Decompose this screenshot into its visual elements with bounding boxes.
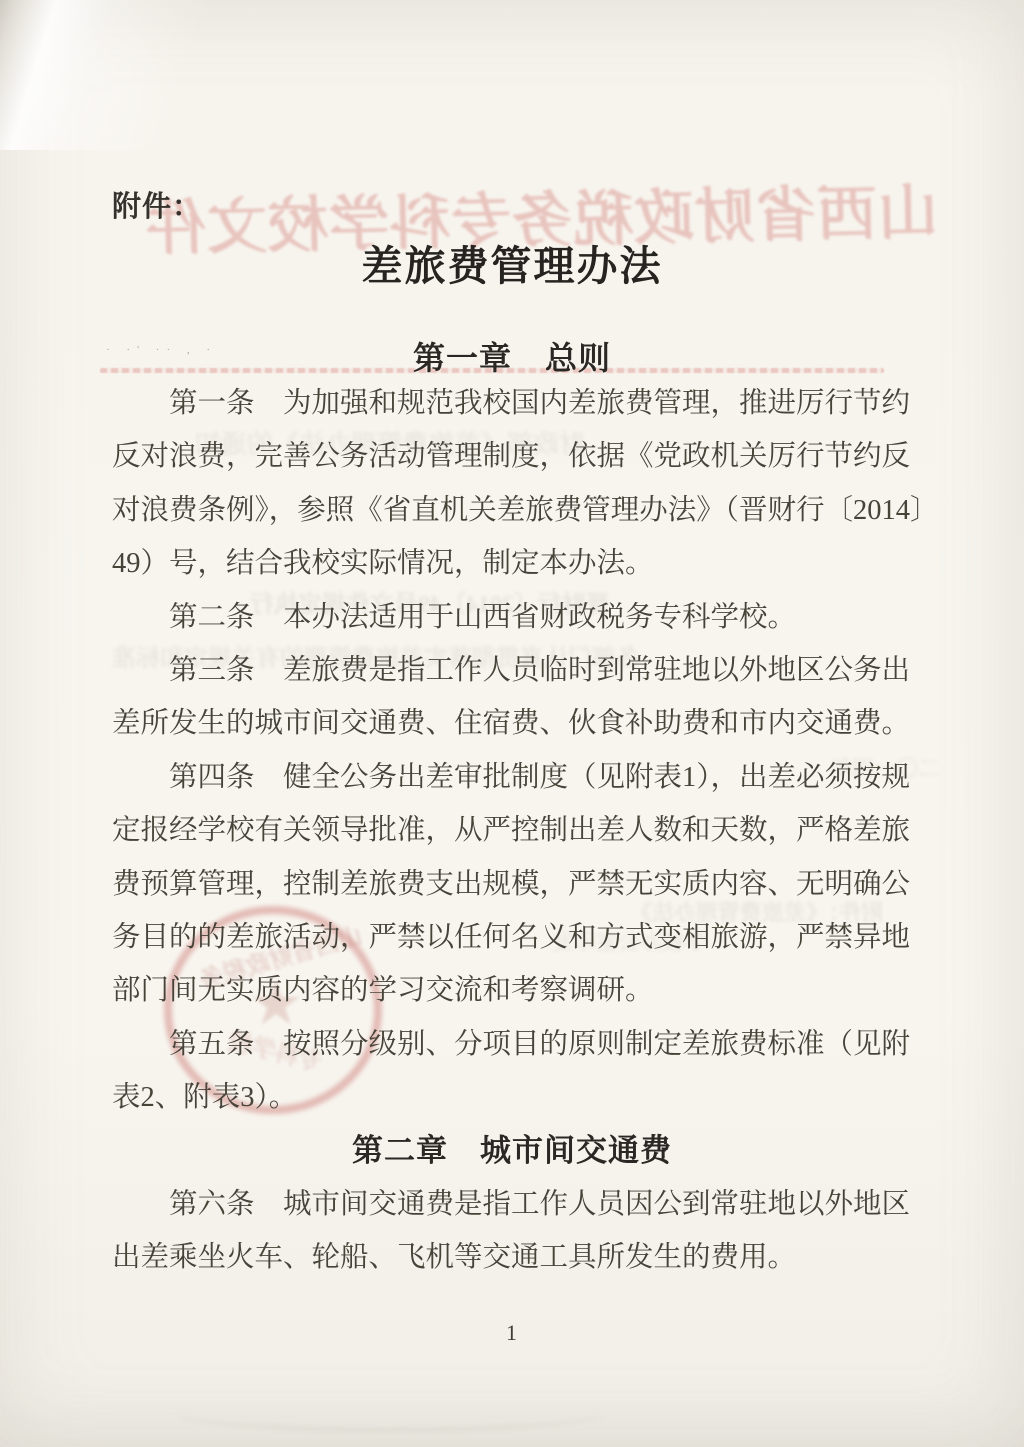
body-line: 务目的的差旅活动，严禁以任何名义和方式变相旅游，严禁异地 <box>112 911 912 964</box>
body-line: 第五条 按照分级别、分项目的原则制定差旅费标准（见附 <box>112 1018 912 1071</box>
body-line: 第二章 城市间交通费 <box>112 1124 912 1177</box>
body-line: 部门间无实质内容的学习交流和考察调研。 <box>112 964 912 1017</box>
body-line: 第四条 健全公务出差审批制度（见附表1），出差必须按规 <box>112 751 912 804</box>
pencil-marks: · ·' ·· , · <box>106 344 286 356</box>
body-line: 反对浪费，完善公务活动管理制度，依据《党政机关厉行节约反 <box>112 430 912 483</box>
body-line: 差所发生的城市间交通费、住宿费、伙食补助费和市内交通费。 <box>112 697 912 750</box>
body-line: 第二条 本办法适用于山西省财政税务专科学校。 <box>112 591 912 644</box>
chapter-1-heading: 第一章 总则 <box>0 333 1024 379</box>
body-line: 第六条 城市间交通费是指工作人员因公到常驻地以外地区 <box>112 1178 912 1231</box>
body-line: 对浪费条例》，参照《省直机关差旅费管理办法》（晋财行〔2014〕 <box>112 484 912 537</box>
attachment-label: 附件： <box>112 184 202 225</box>
body-line: 第三条 差旅费是指工作人员临时到常驻地以外地区公务出 <box>112 644 912 697</box>
body-text: 第一条 为加强和规范我校国内差旅费管理，推进厉行节约反对浪费，完善公务活动管理制… <box>112 377 912 1285</box>
body-line: 第一条 为加强和规范我校国内差旅费管理，推进厉行节约 <box>112 377 912 430</box>
body-line: 49）号，结合我校实际情况，制定本办法。 <box>112 537 912 590</box>
bottom-crease-shadow <box>175 1395 605 1431</box>
page-number: 1 <box>0 1320 1024 1346</box>
document-content: 附件： 差旅费管理办法 第一章 总则 · ·' ·· , · 第一条 为加强和规… <box>0 0 1024 1447</box>
scanned-document-page: 山西省财政税务专科学校文件 财政部《差旅费管理办法》的通知晋财行〔2014〕49… <box>0 0 1024 1447</box>
body-line: 费预算管理，控制差旅费支出规模，严禁无实质内容、无明确公 <box>112 858 912 911</box>
document-title: 差旅费管理办法 <box>0 233 1024 292</box>
body-line: 定报经学校有关领导批准，从严控制出差人数和天数，严格差旅 <box>112 804 912 857</box>
body-line: 出差乘坐火车、轮船、飞机等交通工具所发生的费用。 <box>112 1231 912 1284</box>
body-line: 表2、附表3）。 <box>112 1071 912 1124</box>
